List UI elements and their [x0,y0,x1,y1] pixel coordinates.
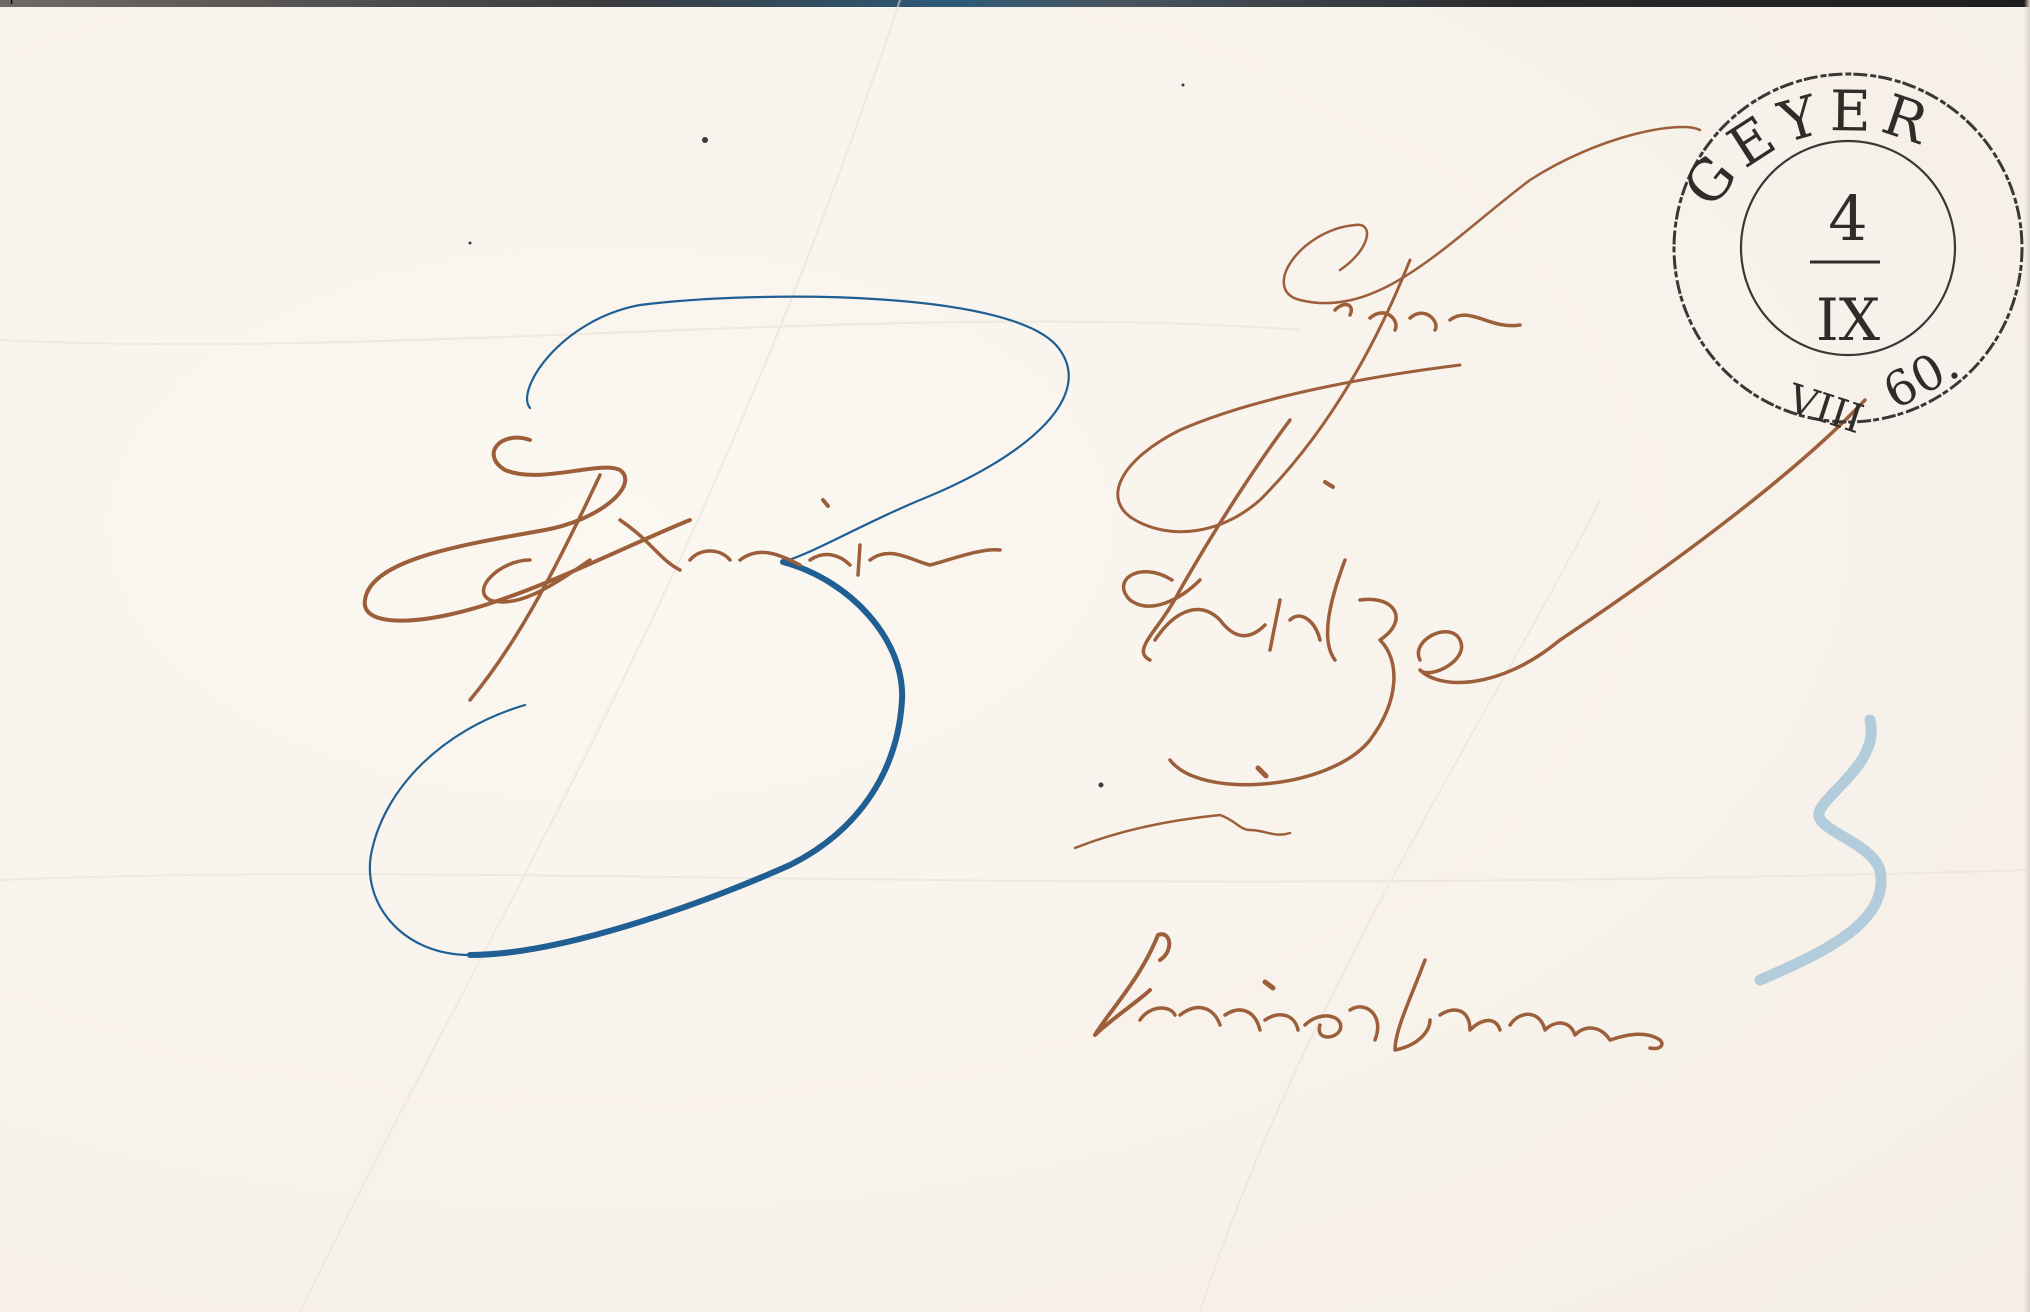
postmark-town: GEYER [1671,79,1943,219]
postmark-hour: VIII [1781,375,1869,443]
postmark-day: 4 [1828,182,1867,255]
envelope-cover: 3 [0,0,2030,1312]
postmark-month: IX [1816,286,1881,354]
postmark-geyer: GEYER 4 IX VIII 60. [0,0,2030,1312]
